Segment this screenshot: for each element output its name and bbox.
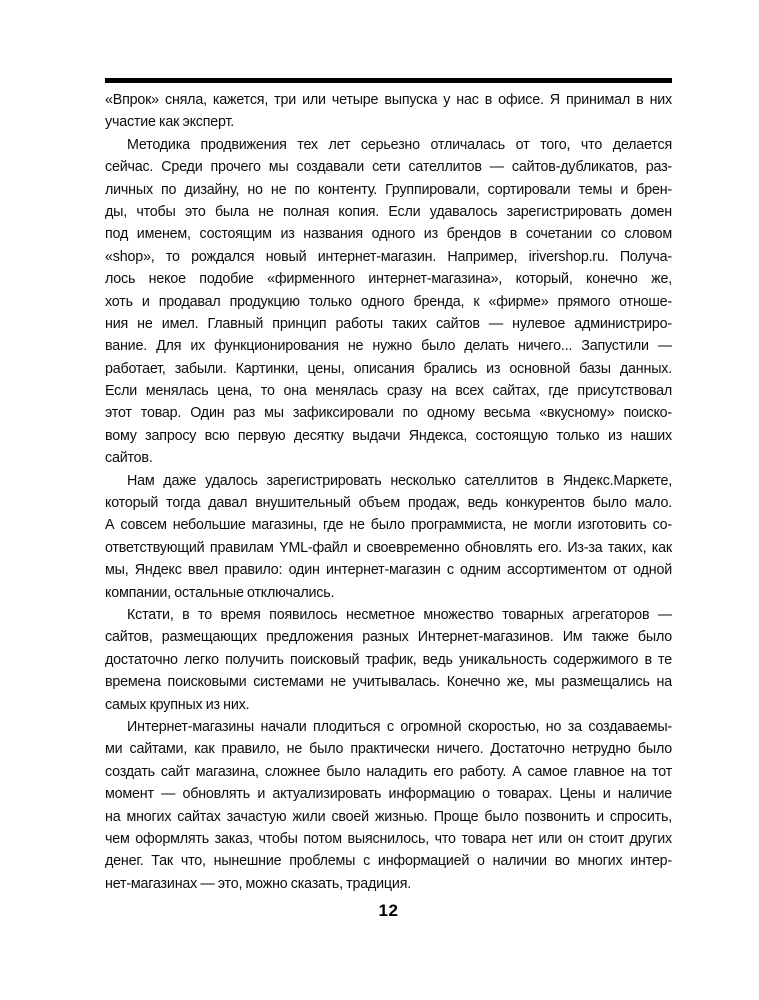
text-line: вание. Для их функционирования не нужно … <box>105 335 672 357</box>
text-line: ды, чтобы это была не полная копия. Если… <box>105 201 672 223</box>
text-line: А совсем небольшие магазины, где не было… <box>105 514 672 536</box>
text-line: под именем, состоящим из названия одного… <box>105 223 672 245</box>
text-line: Интернет-магазины начали плодиться с огр… <box>105 716 672 738</box>
text-line: сайтов. <box>105 447 672 469</box>
text-line: «Впрок» сняла, кажется, три или четыре в… <box>105 89 672 111</box>
text-line: «shop», то рождался новый интернет-магаз… <box>105 246 672 268</box>
page-text: «Впрок» сняла, кажется, три или четыре в… <box>105 89 672 895</box>
text-line: сайтов, размещающих предложения разных И… <box>105 626 672 648</box>
text-line: компании, остальные отключались. <box>105 582 672 604</box>
text-line: сейчас. Среди прочего мы создавали сети … <box>105 156 672 178</box>
text-line: Нам даже удалось зарегистрировать нескол… <box>105 470 672 492</box>
text-line: денег. Так что, нынешние проблемы с инфо… <box>105 850 672 872</box>
text-line: создать сайт магазина, сложнее было нала… <box>105 761 672 783</box>
text-line: этот товар. Один раз мы зафиксировали по… <box>105 402 672 424</box>
text-line: достаточно легко получить поисковый траф… <box>105 649 672 671</box>
paragraph: Нам даже удалось зарегистрировать нескол… <box>105 470 672 604</box>
text-line: хоть и продавал продукцию только одного … <box>105 291 672 313</box>
text-line: мы, Яндекс ввел правило: один интернет-м… <box>105 559 672 581</box>
page-number: 12 <box>105 901 672 921</box>
book-page: «Впрок» сняла, кажется, три или четыре в… <box>0 0 759 1000</box>
text-line: ми сайтами, как правило, не было практич… <box>105 738 672 760</box>
text-line: работает, забыли. Картинки, цены, описан… <box>105 358 672 380</box>
text-line: Методика продвижения тех лет серьезно от… <box>105 134 672 156</box>
text-line: времена поисковыми системами не учитывал… <box>105 671 672 693</box>
text-line: участие как эксперт. <box>105 111 672 133</box>
text-line: который тогда давал внушительный объем п… <box>105 492 672 514</box>
text-line: чем оформлять заказ, чтобы потом выяснил… <box>105 828 672 850</box>
text-line: Если менялась цена, то она менялась сраз… <box>105 380 672 402</box>
text-line: вому запросу всю первую десятку выдачи Я… <box>105 425 672 447</box>
text-line: самых крупных из них. <box>105 694 672 716</box>
text-line: ответствующий правилам YML-файл и своевр… <box>105 537 672 559</box>
paragraph: Интернет-магазины начали плодиться с огр… <box>105 716 672 895</box>
text-line: нет-магазинах — это, можно сказать, трад… <box>105 873 672 895</box>
top-rule <box>105 78 672 83</box>
paragraph: «Впрок» сняла, кажется, три или четыре в… <box>105 89 672 134</box>
text-line: личных по дизайну, но не по контенту. Гр… <box>105 179 672 201</box>
text-line: момент — обновлять и актуализировать инф… <box>105 783 672 805</box>
text-line: лось некое подобие «фирменного интернет-… <box>105 268 672 290</box>
text-line: на многих сайтах зачастую жили своей жиз… <box>105 806 672 828</box>
paragraph: Кстати, в то время появилось несметное м… <box>105 604 672 716</box>
text-line: Кстати, в то время появилось несметное м… <box>105 604 672 626</box>
paragraph: Методика продвижения тех лет серьезно от… <box>105 134 672 470</box>
text-line: ния не имел. Главный принцип работы таки… <box>105 313 672 335</box>
